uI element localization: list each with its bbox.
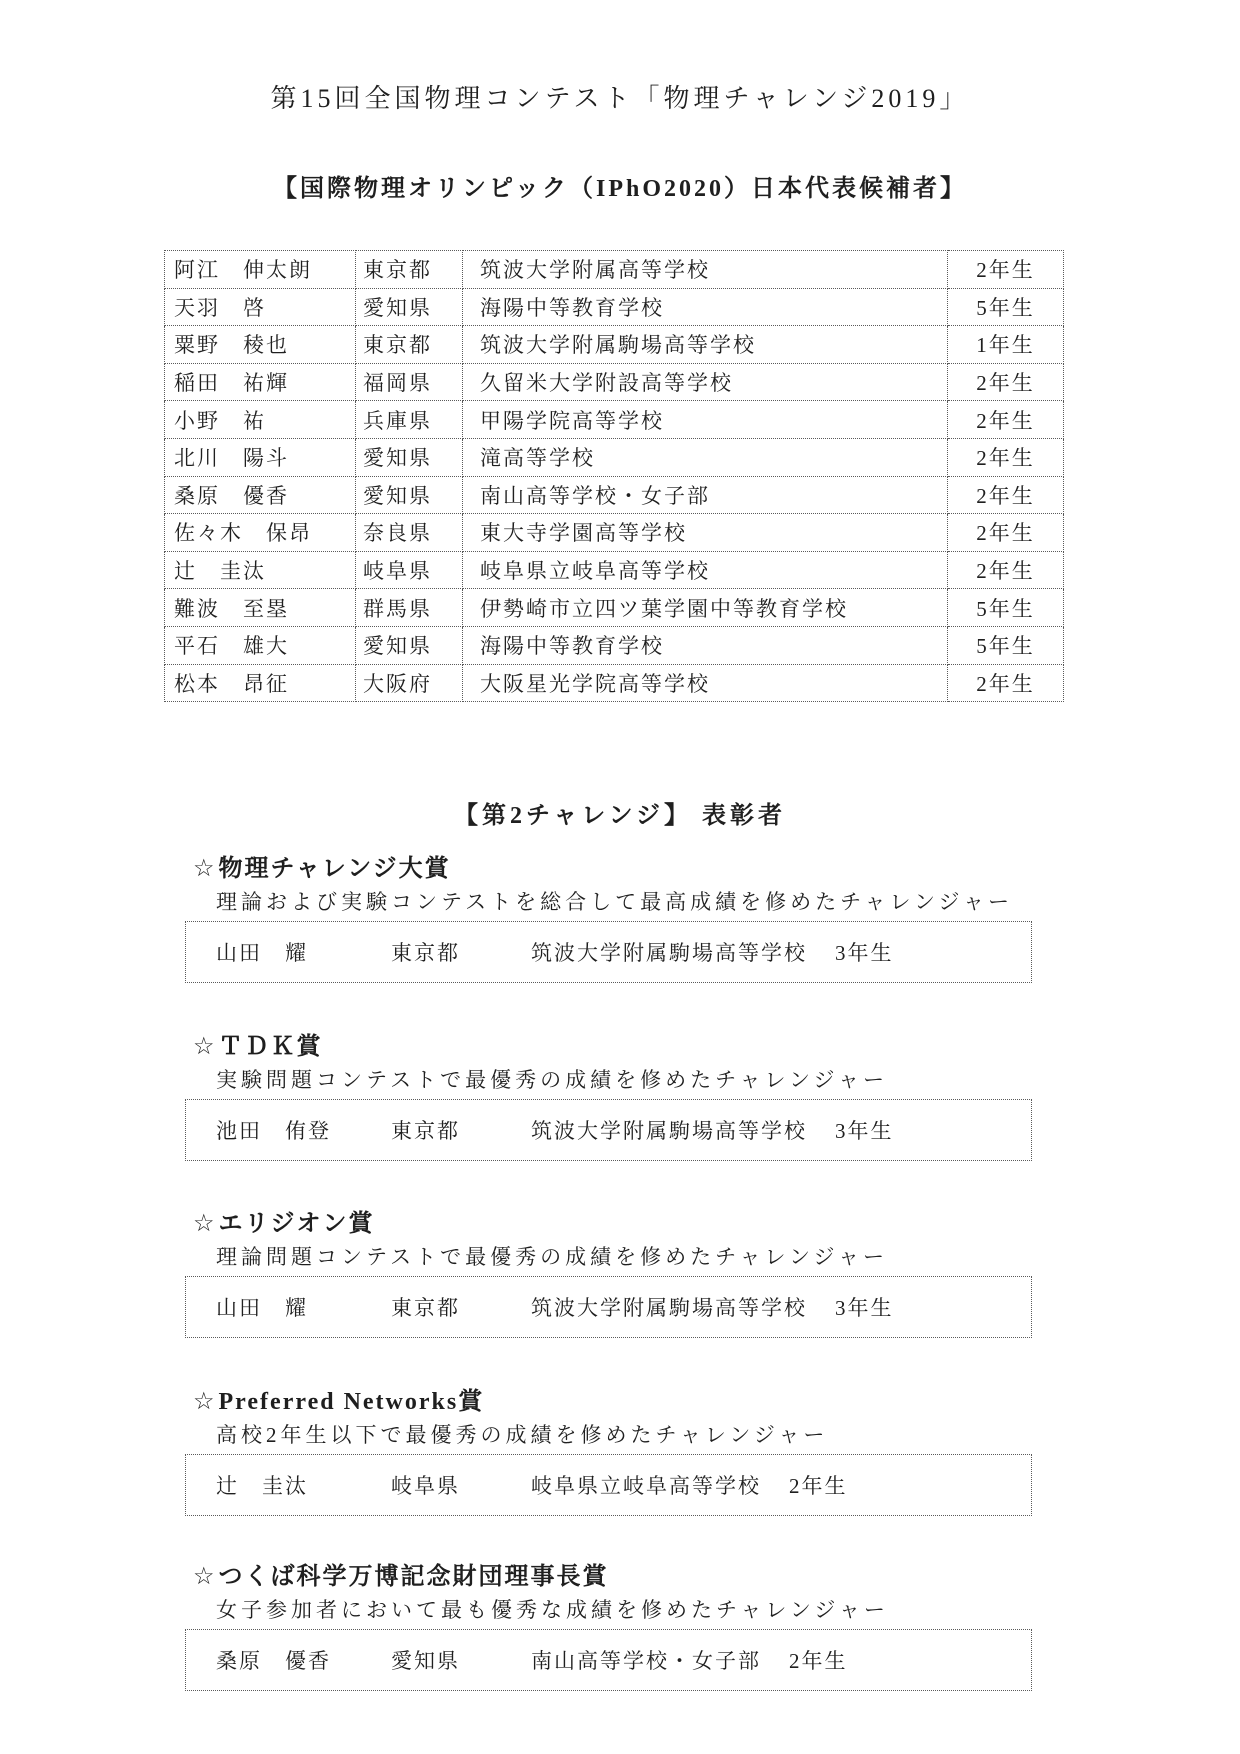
candidate-prefecture: 愛知県 — [356, 476, 463, 514]
candidate-grade: 2年生 — [948, 251, 1064, 289]
document-title: 第15回全国物理コンテスト「物理チャレンジ2019」 — [0, 78, 1240, 115]
winner-name: 辻 圭汰 — [216, 1470, 391, 1500]
candidate-school: 甲陽学院高等学校 — [463, 401, 948, 439]
candidate-prefecture: 岐阜県 — [356, 551, 463, 589]
star-icon: ☆ — [193, 856, 217, 882]
award-title-text: Preferred Networks賞 — [219, 1389, 485, 1415]
candidate-prefecture: 愛知県 — [356, 626, 463, 664]
candidate-grade: 5年生 — [948, 626, 1064, 664]
award-description: 高校2年生以下で最優秀の成績を修めたチャレンジャー — [216, 1419, 828, 1449]
table-row: 松本 昂征 大阪府 大阪星光学院高等学校 2年生 — [165, 664, 1064, 702]
candidate-name: 粟野 稜也 — [165, 326, 356, 364]
winner-prefecture: 岐阜県 — [391, 1470, 531, 1500]
star-icon: ☆ — [193, 1034, 217, 1060]
table-row: 辻 圭汰 岐阜県 岐阜県立岐阜高等学校 2年生 — [165, 551, 1064, 589]
table-row: 難波 至塁 群馬県 伊勢崎市立四ツ葉学園中等教育学校 5年生 — [165, 589, 1064, 627]
winner-name: 桑原 優香 — [216, 1645, 391, 1675]
award-block-tdk: ☆ＴＤＫ賞 実験問題コンテストで最優秀の成績を修めたチャレンジャー 池田 侑登 … — [0, 1026, 1240, 1186]
winner-prefecture: 愛知県 — [391, 1645, 531, 1675]
star-icon: ☆ — [193, 1564, 217, 1590]
candidate-grade: 5年生 — [948, 589, 1064, 627]
award-title: ☆ＴＤＫ賞 — [193, 1026, 323, 1061]
table-row: 稲田 祐輝 福岡県 久留米大学附設高等学校 2年生 — [165, 363, 1064, 401]
award-title-text: エリジオン賞 — [219, 1211, 375, 1237]
winner-name: 池田 侑登 — [216, 1115, 391, 1145]
candidate-school: 海陽中等教育学校 — [463, 626, 948, 664]
candidates-table: 阿江 伸太朗 東京都 筑波大学附属高等学校 2年生 天羽 啓 愛知県 海陽中等教… — [164, 250, 1064, 702]
award-title: ☆Preferred Networks賞 — [193, 1381, 484, 1416]
table-row: 阿江 伸太朗 東京都 筑波大学附属高等学校 2年生 — [165, 251, 1064, 289]
award-winner-box: 山田 耀 東京都 筑波大学附属駒場高等学校 3年生 — [185, 921, 1032, 983]
winner-grade: 3年生 — [835, 937, 894, 967]
table-row: 佐々木 保昂 奈良県 東大寺学園高等学校 2年生 — [165, 514, 1064, 552]
candidate-school: 大阪星光学院高等学校 — [463, 664, 948, 702]
candidate-prefecture: 福岡県 — [356, 363, 463, 401]
candidate-school: 岐阜県立岐阜高等学校 — [463, 551, 948, 589]
candidate-prefecture: 兵庫県 — [356, 401, 463, 439]
candidate-grade: 2年生 — [948, 551, 1064, 589]
award-description: 女子参加者において最も優秀な成績を修めたチャレンジャー — [216, 1594, 889, 1624]
candidate-name: 辻 圭汰 — [165, 551, 356, 589]
candidate-prefecture: 群馬県 — [356, 589, 463, 627]
award-winner-box: 山田 耀 東京都 筑波大学附属駒場高等学校 3年生 — [185, 1276, 1032, 1338]
award-description: 実験問題コンテストで最優秀の成績を修めたチャレンジャー — [216, 1064, 888, 1094]
candidate-grade: 2年生 — [948, 401, 1064, 439]
table-row: 小野 祐 兵庫県 甲陽学院高等学校 2年生 — [165, 401, 1064, 439]
winner-grade: 2年生 — [789, 1645, 848, 1675]
candidate-grade: 2年生 — [948, 438, 1064, 476]
candidate-prefecture: 東京都 — [356, 326, 463, 364]
candidate-name: 北川 陽斗 — [165, 438, 356, 476]
candidate-name: 平石 雄大 — [165, 626, 356, 664]
candidate-prefecture: 愛知県 — [356, 288, 463, 326]
candidate-school: 久留米大学附設高等学校 — [463, 363, 948, 401]
candidate-prefecture: 奈良県 — [356, 514, 463, 552]
star-icon: ☆ — [193, 1211, 217, 1237]
candidate-grade: 2年生 — [948, 514, 1064, 552]
winner-school: 筑波大学附属駒場高等学校 — [531, 937, 807, 967]
award-title-text: つくば科学万博記念財団理事長賞 — [219, 1564, 609, 1590]
award-block-elysium: ☆エリジオン賞 理論問題コンテストで最優秀の成績を修めたチャレンジャー 山田 耀… — [0, 1203, 1240, 1363]
award-winner-box: 桑原 優香 愛知県 南山高等学校・女子部 2年生 — [185, 1629, 1032, 1691]
award-title-text: ＴＤＫ賞 — [219, 1034, 323, 1060]
winner-prefecture: 東京都 — [391, 1292, 531, 1322]
candidate-school: 東大寺学園高等学校 — [463, 514, 948, 552]
table-row: 粟野 稜也 東京都 筑波大学附属駒場高等学校 1年生 — [165, 326, 1064, 364]
winner-grade: 3年生 — [835, 1115, 894, 1145]
document-page: 第15回全国物理コンテスト「物理チャレンジ2019」 【国際物理オリンピック（I… — [0, 0, 1240, 1754]
award-title: ☆エリジオン賞 — [193, 1203, 375, 1238]
award-block-tsukuba-expo-foundation: ☆つくば科学万博記念財団理事長賞 女子参加者において最も優秀な成績を修めたチャレ… — [0, 1556, 1240, 1716]
award-description: 理論問題コンテストで最優秀の成績を修めたチャレンジャー — [216, 1241, 888, 1271]
section-heading-ipho-candidates: 【国際物理オリンピック（IPhO2020）日本代表候補者】 — [0, 168, 1240, 203]
candidate-name: 桑原 優香 — [165, 476, 356, 514]
award-winner-box: 辻 圭汰 岐阜県 岐阜県立岐阜高等学校 2年生 — [185, 1454, 1032, 1516]
candidate-prefecture: 大阪府 — [356, 664, 463, 702]
winner-school: 筑波大学附属駒場高等学校 — [531, 1115, 807, 1145]
winner-school: 筑波大学附属駒場高等学校 — [531, 1292, 807, 1322]
candidate-grade: 2年生 — [948, 476, 1064, 514]
table-row: 北川 陽斗 愛知県 滝高等学校 2年生 — [165, 438, 1064, 476]
star-icon: ☆ — [193, 1389, 217, 1415]
winner-name: 山田 耀 — [216, 1292, 391, 1322]
award-title-text: 物理チャレンジ大賞 — [219, 856, 451, 882]
award-block-preferred-networks: ☆Preferred Networks賞 高校2年生以下で最優秀の成績を修めたチ… — [0, 1381, 1240, 1541]
candidate-grade: 2年生 — [948, 664, 1064, 702]
candidate-name: 松本 昂征 — [165, 664, 356, 702]
candidate-school: 海陽中等教育学校 — [463, 288, 948, 326]
candidate-name: 稲田 祐輝 — [165, 363, 356, 401]
award-title: ☆つくば科学万博記念財団理事長賞 — [193, 1556, 609, 1591]
candidate-prefecture: 東京都 — [356, 251, 463, 289]
candidate-school: 筑波大学附属駒場高等学校 — [463, 326, 948, 364]
candidate-school: 滝高等学校 — [463, 438, 948, 476]
winner-grade: 2年生 — [789, 1470, 848, 1500]
winner-prefecture: 東京都 — [391, 1115, 531, 1145]
award-title: ☆物理チャレンジ大賞 — [193, 848, 451, 883]
winner-name: 山田 耀 — [216, 937, 391, 967]
table-row: 天羽 啓 愛知県 海陽中等教育学校 5年生 — [165, 288, 1064, 326]
winner-grade: 3年生 — [835, 1292, 894, 1322]
award-description: 理論および実験コンテストを総合して最高成績を修めたチャレンジャー — [216, 886, 1013, 916]
candidate-name: 天羽 啓 — [165, 288, 356, 326]
award-block-grand-prize: ☆物理チャレンジ大賞 理論および実験コンテストを総合して最高成績を修めたチャレン… — [0, 848, 1240, 1008]
winner-school: 南山高等学校・女子部 — [531, 1645, 761, 1675]
candidate-grade: 5年生 — [948, 288, 1064, 326]
table-row: 平石 雄大 愛知県 海陽中等教育学校 5年生 — [165, 626, 1064, 664]
winner-school: 岐阜県立岐阜高等学校 — [531, 1470, 761, 1500]
candidate-prefecture: 愛知県 — [356, 438, 463, 476]
candidate-grade: 2年生 — [948, 363, 1064, 401]
candidate-name: 小野 祐 — [165, 401, 356, 439]
section-heading-challenge2-winners: 【第2チャレンジ】 表彰者 — [0, 795, 1240, 830]
candidate-name: 難波 至塁 — [165, 589, 356, 627]
award-winner-box: 池田 侑登 東京都 筑波大学附属駒場高等学校 3年生 — [185, 1099, 1032, 1161]
table-row: 桑原 優香 愛知県 南山高等学校・女子部 2年生 — [165, 476, 1064, 514]
candidate-grade: 1年生 — [948, 326, 1064, 364]
candidate-school: 南山高等学校・女子部 — [463, 476, 948, 514]
candidate-name: 阿江 伸太朗 — [165, 251, 356, 289]
winner-prefecture: 東京都 — [391, 937, 531, 967]
candidate-name: 佐々木 保昂 — [165, 514, 356, 552]
candidate-school: 筑波大学附属高等学校 — [463, 251, 948, 289]
candidate-school: 伊勢崎市立四ツ葉学園中等教育学校 — [463, 589, 948, 627]
